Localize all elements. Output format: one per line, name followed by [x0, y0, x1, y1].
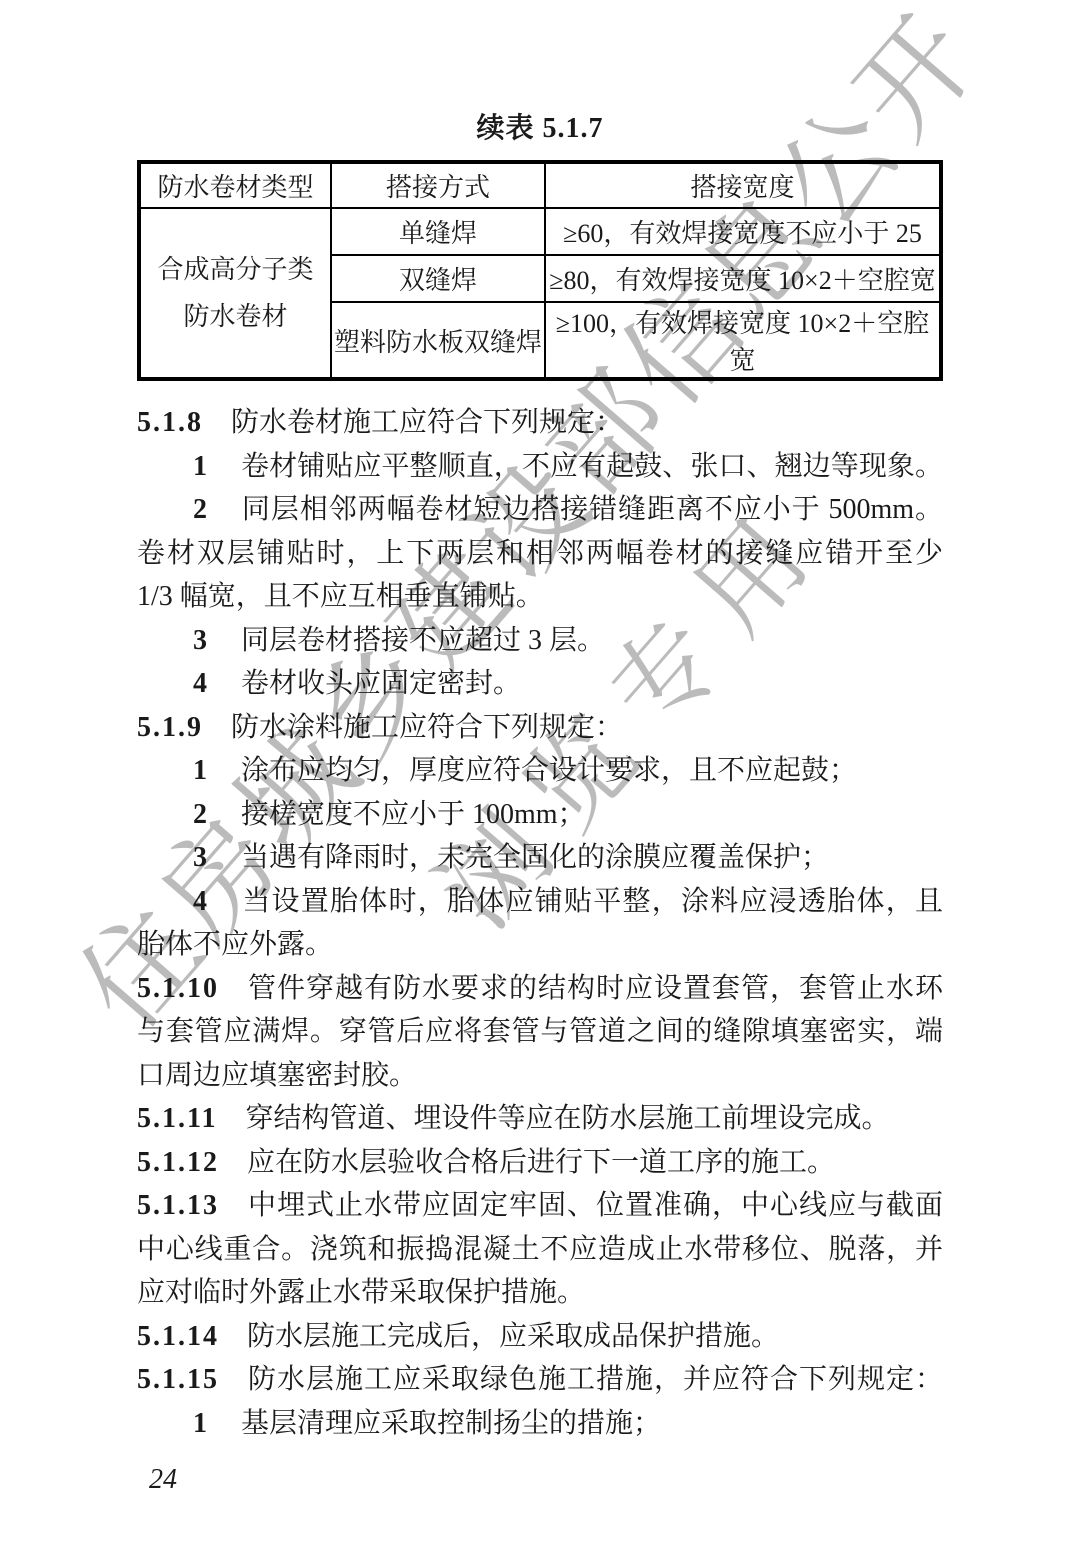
clause-text: 防水涂料施工应符合下列规定：	[231, 712, 623, 743]
clause-line: 5.1.10管件穿越有防水要求的结构时应设置套管，套管止水环	[137, 967, 943, 1011]
clause-text: 防水层施工应采取绿色施工措施，并应符合下列规定：	[247, 1364, 943, 1395]
item-number: 2	[193, 494, 207, 525]
item-line: 2接槎宽度不应小于 100mm；	[137, 793, 943, 837]
material-cell: 合成高分子类 防水卷材	[139, 208, 331, 379]
clauses-text-block: 5.1.8防水卷材施工应符合下列规定：1卷材铺贴应平整顺直，不应有起鼓、张口、翘…	[137, 401, 943, 1445]
clause-text: 应在防水层验收合格后进行下一道工序的施工。	[247, 1147, 835, 1178]
item-number: 1	[193, 451, 207, 482]
item-line: 3同层卷材搭接不应超过 3 层。	[137, 619, 943, 663]
item-number: 2	[193, 799, 207, 830]
clause-text: 穿结构管道、埋设件等应在防水层施工前埋设完成。	[245, 1103, 889, 1134]
item-text: 基层清理应采取控制扬尘的措施；	[241, 1408, 661, 1439]
clause-line: 5.1.12应在防水层验收合格后进行下一道工序的施工。	[137, 1141, 943, 1185]
clause-number: 5.1.14	[137, 1321, 219, 1352]
item-text: 当设置胎体时，胎体应铺贴平整，涂料应浸透胎体，且	[241, 886, 943, 917]
column-header-width: 搭接宽度	[545, 162, 941, 208]
clause-number: 5.1.11	[137, 1103, 217, 1134]
table-header-row: 防水卷材类型 搭接方式 搭接宽度	[139, 162, 941, 208]
item-line: 4卷材收头应固定密封。	[137, 662, 943, 706]
item-line: 1涂布应均匀，厚度应符合设计要求，且不应起鼓；	[137, 749, 943, 793]
width-cell: ≥80，有效焊接宽度 10×2＋空腔宽	[545, 255, 941, 302]
column-header-method: 搭接方式	[331, 162, 545, 208]
item-line: 1/3 幅宽，且不应互相垂直铺贴。	[137, 575, 943, 619]
width-cell: ≥60，有效焊接宽度不应小于 25	[545, 208, 941, 255]
item-text: 接槎宽度不应小于 100mm；	[241, 799, 586, 830]
item-number: 3	[193, 842, 207, 873]
method-cell: 塑料防水板双缝焊	[331, 302, 545, 379]
clause-text: 防水卷材施工应符合下列规定：	[231, 407, 623, 438]
page-number: 24	[125, 1463, 955, 1497]
item-text: 卷材铺贴应平整顺直，不应有起鼓、张口、翘边等现象。	[241, 451, 943, 482]
item-number: 1	[193, 1408, 207, 1439]
item-text: 卷材收头应固定密封。	[241, 668, 521, 699]
clause-line: 口周边应填塞密封胶。	[137, 1054, 943, 1098]
clause-number: 5.1.12	[137, 1147, 219, 1178]
clause-line: 5.1.9防水涂料施工应符合下列规定：	[137, 706, 943, 750]
clause-line: 与套管应满焊。穿管后应将套管与管道之间的缝隙填塞密实，端	[137, 1010, 943, 1054]
table-title: 续表 5.1.7	[0, 112, 1080, 146]
clause-line: 5.1.15防水层施工应采取绿色施工措施，并应符合下列规定：	[137, 1358, 943, 1402]
clause-text: 防水层施工完成后，应采取成品保护措施。	[247, 1321, 779, 1352]
page-content: 续表 5.1.7 防水卷材类型 搭接方式 搭接宽度 合成高分子类 防水卷材 单缝…	[0, 112, 1080, 1497]
clause-line: 应对临时外露止水带采取保护措施。	[137, 1271, 943, 1315]
item-number: 3	[193, 625, 207, 656]
item-line: 卷材双层铺贴时，上下两层和相邻两幅卷材的接缝应错开至少	[137, 532, 943, 576]
lap-width-table: 防水卷材类型 搭接方式 搭接宽度 合成高分子类 防水卷材 单缝焊 ≥60，有效焊…	[137, 160, 943, 381]
clause-line: 中心线重合。浇筑和振捣混凝土不应造成止水带移位、脱落，并	[137, 1228, 943, 1272]
item-line: 1基层清理应采取控制扬尘的措施；	[137, 1402, 943, 1446]
item-number: 1	[193, 755, 207, 786]
clause-text: 中埋式止水带应固定牢固、位置准确，中心线应与截面	[247, 1190, 943, 1221]
clause-number: 5.1.9	[137, 712, 203, 743]
clause-text: 管件穿越有防水要求的结构时应设置套管，套管止水环	[247, 973, 943, 1004]
clause-number: 5.1.15	[137, 1364, 219, 1395]
clause-line: 5.1.11穿结构管道、埋设件等应在防水层施工前埋设完成。	[137, 1097, 943, 1141]
clause-line: 5.1.13中埋式止水带应固定牢固、位置准确，中心线应与截面	[137, 1184, 943, 1228]
item-text: 涂布应均匀，厚度应符合设计要求，且不应起鼓；	[241, 755, 857, 786]
item-text: 同层卷材搭接不应超过 3 层。	[241, 625, 605, 656]
method-cell: 单缝焊	[331, 208, 545, 255]
column-header-material: 防水卷材类型	[139, 162, 331, 208]
item-text: 同层相邻两幅卷材短边搭接错缝距离不应小于 500mm。	[241, 494, 943, 525]
document-page: 住房城乡建设部信息公开 浏览专用 续表 5.1.7 防水卷材类型 搭接方式 搭接…	[0, 0, 1080, 1563]
item-line: 4当设置胎体时，胎体应铺贴平整，涂料应浸透胎体，且	[137, 880, 943, 924]
item-line: 胎体不应外露。	[137, 923, 943, 967]
item-text: 当遇有降雨时，未完全固化的涂膜应覆盖保护；	[241, 842, 829, 873]
clause-number: 5.1.10	[137, 973, 219, 1004]
width-cell: ≥100，有效焊接宽度 10×2＋空腔宽	[545, 302, 941, 379]
item-number: 4	[193, 668, 207, 699]
item-line: 2同层相邻两幅卷材短边搭接错缝距离不应小于 500mm。	[137, 488, 943, 532]
clause-line: 5.1.14防水层施工完成后，应采取成品保护措施。	[137, 1315, 943, 1359]
item-line: 3当遇有降雨时，未完全固化的涂膜应覆盖保护；	[137, 836, 943, 880]
method-cell: 双缝焊	[331, 255, 545, 302]
item-number: 4	[193, 886, 207, 917]
clause-line: 5.1.8防水卷材施工应符合下列规定：	[137, 401, 943, 445]
table-row: 合成高分子类 防水卷材 单缝焊 ≥60，有效焊接宽度不应小于 25	[139, 208, 941, 255]
item-line: 1卷材铺贴应平整顺直，不应有起鼓、张口、翘边等现象。	[137, 445, 943, 489]
clause-number: 5.1.13	[137, 1190, 219, 1221]
clause-number: 5.1.8	[137, 407, 203, 438]
